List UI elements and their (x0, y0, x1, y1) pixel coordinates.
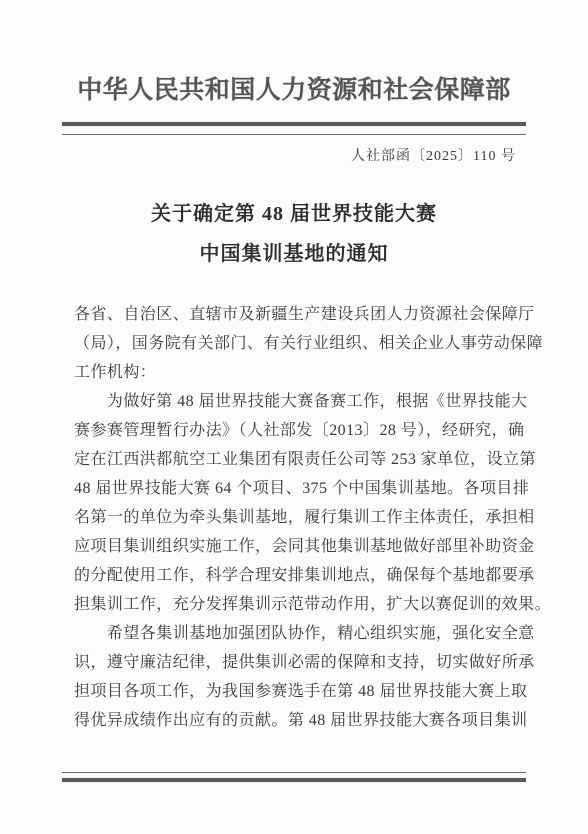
body-text-line: 担项目各项工作，为我国参赛选手在第 48 届世界技能大赛上取 (74, 677, 520, 706)
body-text-line: 希望各集训基地加强团队协作，精心组织实施，强化安全意 (74, 619, 520, 648)
header-thick-rule (62, 122, 526, 126)
header-divider (62, 122, 526, 135)
body-text-line: 识，遵守廉洁纪律，提供集训必需的保障和支持，切实做好所承 (74, 648, 520, 677)
body-text-line: 名第一的单位为牵头集训基地，履行集训工作主体责任，承担相 (74, 503, 520, 532)
document-page: 中华人民共和国人力资源和社会保障部 人社部函〔2025〕110 号 关于确定第 … (0, 0, 588, 834)
body-text-line: 应项目集训组织实施工作，会同其他集训基地做好部里补助资金 (74, 532, 520, 561)
notice-title: 关于确定第 48 届世界技能大赛 中国集训基地的通知 (0, 194, 588, 274)
body-text-line: 的分配使用工作，科学合理安排集训地点，确保每个基地都要承 (74, 561, 520, 590)
body-text-line: （局），国务院有关部门、有关行业组织、相关企业人事劳动保障 (74, 329, 520, 358)
body-text-line: 工作机构： (74, 358, 520, 387)
footer-thick-rule (62, 778, 526, 782)
body-text-line: 各省、自治区、直辖市及新疆生产建设兵团人力资源社会保障厅 (74, 300, 520, 329)
body-text-line: 得优异成绩作出应有的贡献。第 48 届世界技能大赛各项目集训 (74, 706, 520, 735)
body-text-line: 定在江西洪都航空工业集团有限责任公司等 253 家单位，设立第 (74, 445, 520, 474)
body-text-line: 48 届世界技能大赛 64 个项目、375 个中国集训基地。各项目排 (74, 474, 520, 503)
document-number: 人社部函〔2025〕110 号 (351, 145, 516, 165)
notice-title-line-1: 关于确定第 48 届世界技能大赛 (0, 194, 588, 234)
ministry-header: 中华人民共和国人力资源和社会保障部 (0, 70, 588, 106)
document-body: 各省、自治区、直辖市及新疆生产建设兵团人力资源社会保障厅（局），国务院有关部门、… (74, 300, 520, 735)
header-thin-rule (62, 134, 526, 135)
footer-thin-rule (62, 772, 526, 773)
notice-title-line-2: 中国集训基地的通知 (0, 234, 588, 274)
footer-divider (62, 772, 526, 782)
body-text-line: 担集训工作，充分发挥集训示范带动作用，扩大以赛促训的效果。 (74, 590, 520, 619)
body-text-line: 为做好第 48 届世界技能大赛备赛工作，根据《世界技能大 (74, 387, 520, 416)
body-text-line: 赛参赛管理暂行办法》（人社部发〔2013〕28 号），经研究，确 (74, 416, 520, 445)
